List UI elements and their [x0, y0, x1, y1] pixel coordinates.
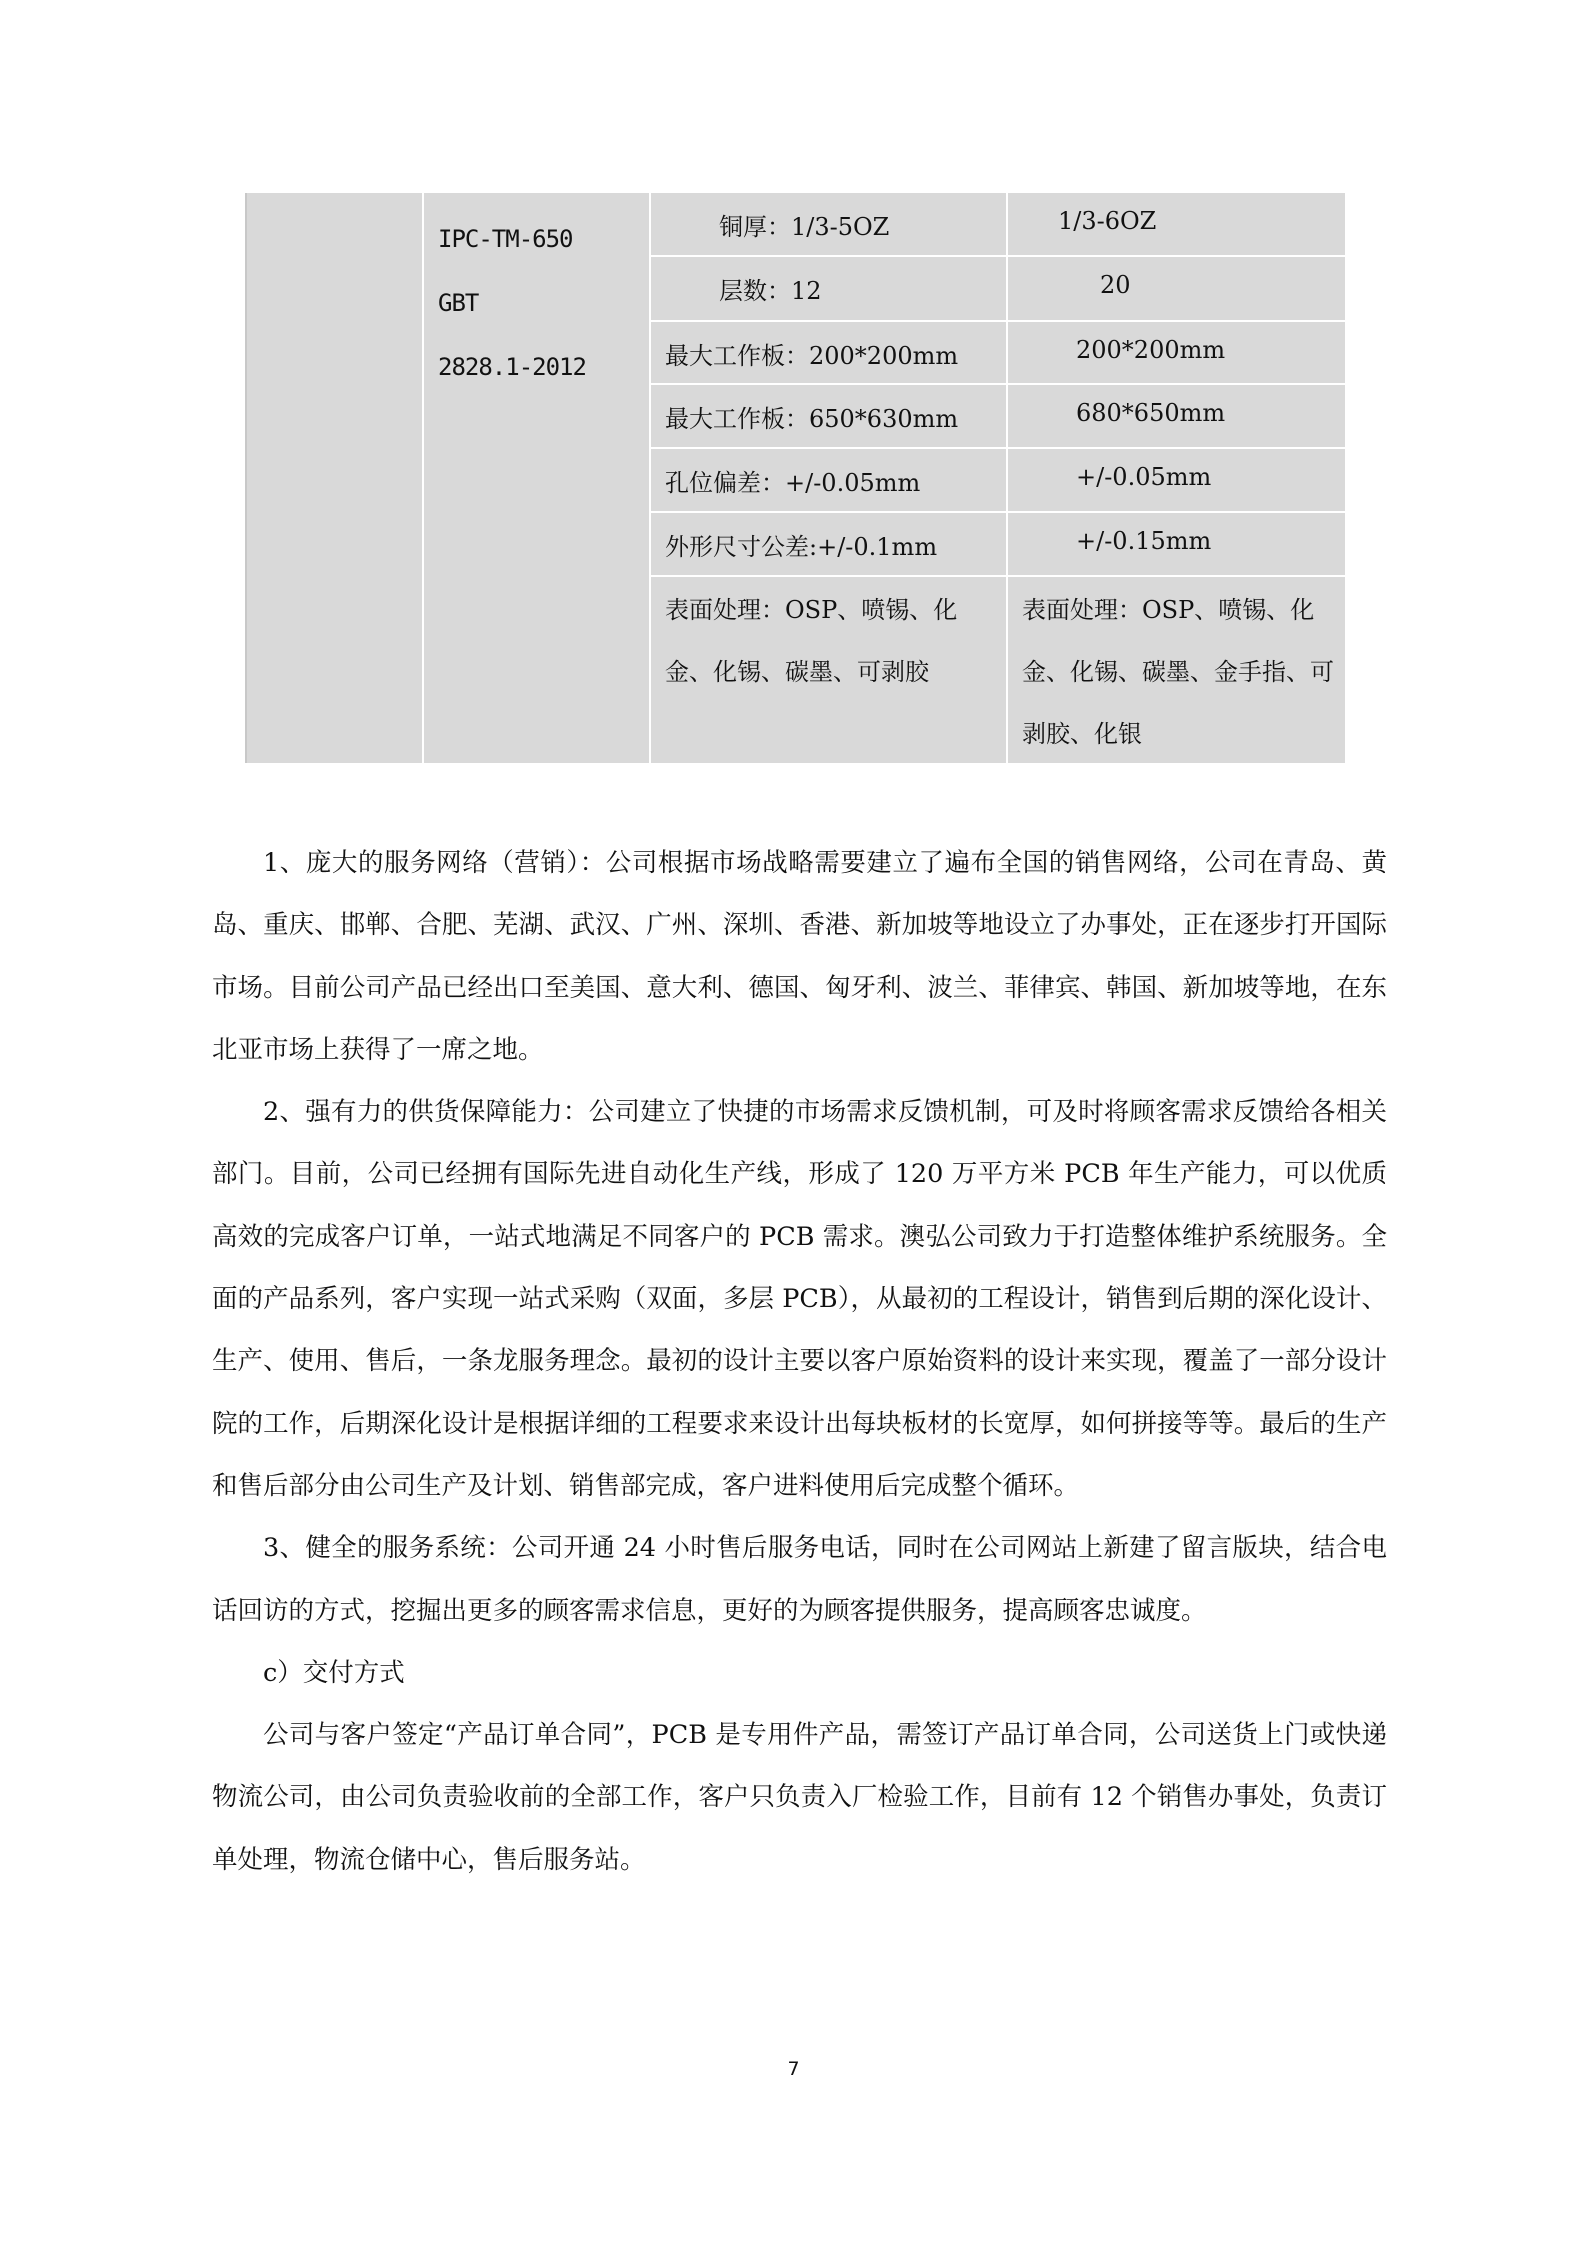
cell-text: 最大工作板：650*630mm — [665, 399, 958, 434]
paragraph-supply-capability: 2、强有力的供货保障能力：公司建立了快捷的市场需求反馈机制，可及时将顾客需求反馈… — [212, 1081, 1387, 1517]
spec-table: IPC-TM-650 GBT 2828.1-2012 铜厚：1/3-5OZ 层数… — [245, 193, 1345, 763]
cell-text: 1/3-6OZ — [1058, 207, 1156, 235]
document-page: IPC-TM-650 GBT 2828.1-2012 铜厚：1/3-5OZ 层数… — [0, 0, 1587, 2245]
cell-text: 680*650mm — [1076, 399, 1225, 427]
table-column-standards: IPC-TM-650 GBT 2828.1-2012 — [422, 193, 649, 763]
table-cell: +/-0.15mm — [1008, 511, 1347, 575]
table-column-target: 1/3-6OZ 20 200*200mm 680*650mm +/-0.05mm… — [1006, 193, 1347, 763]
standard-line: IPC-TM-650 — [438, 207, 586, 271]
table-cell: 孔位偏差：+/-0.05mm — [651, 447, 1006, 511]
cell-text: 20 — [1100, 271, 1131, 299]
table-cell: 层数：12 — [651, 255, 1006, 320]
table-cell: 1/3-6OZ — [1008, 193, 1347, 255]
cell-text: +/-0.05mm — [1076, 463, 1211, 491]
section-heading-delivery: c）交付方式 — [212, 1642, 1387, 1704]
cell-text: 铜厚：1/3-5OZ — [719, 207, 889, 242]
paragraph-delivery: 公司与客户签定“产品订单合同”，PCB 是专用件产品，需签订产品订单合同，公司送… — [212, 1704, 1387, 1891]
cell-text: 层数：12 — [719, 271, 822, 306]
table-cell: 200*200mm — [1008, 320, 1347, 383]
cell-text: 表面处理：OSP、喷锡、化金、化锡、碳墨、金手指、可剥胶、化银 — [1022, 579, 1337, 765]
body-text: 1、庞大的服务网络（营销）：公司根据市场战略需要建立了遍布全国的销售网络，公司在… — [212, 832, 1387, 1891]
table-cell: +/-0.05mm — [1008, 447, 1347, 511]
table-cell: 20 — [1008, 255, 1347, 320]
table-cell: 表面处理：OSP、喷锡、化金、化锡、碳墨、可剥胶 — [651, 575, 1006, 763]
table-cell: 表面处理：OSP、喷锡、化金、化锡、碳墨、金手指、可剥胶、化银 — [1008, 575, 1347, 763]
cell-text: 表面处理：OSP、喷锡、化金、化锡、碳墨、可剥胶 — [665, 579, 996, 703]
table-cell: 680*650mm — [1008, 383, 1347, 447]
cell-text: 200*200mm — [1076, 336, 1225, 364]
table-cell: 最大工作板：200*200mm — [651, 320, 1006, 383]
cell-text: 孔位偏差：+/-0.05mm — [665, 463, 920, 498]
table-cell: 最大工作板：650*630mm — [651, 383, 1006, 447]
table-cell: 铜厚：1/3-5OZ — [651, 193, 1006, 255]
page-number: 7 — [0, 2058, 1587, 2080]
cell-text: 外形尺寸公差:+/-0.1mm — [665, 527, 937, 562]
cell-text: +/-0.15mm — [1076, 527, 1211, 555]
standard-line: 2828.1-2012 — [438, 335, 586, 399]
standard-line: GBT — [438, 271, 586, 335]
cell-text: 最大工作板：200*200mm — [665, 336, 958, 371]
standards-list: IPC-TM-650 GBT 2828.1-2012 — [438, 207, 586, 399]
table-column-empty — [247, 193, 420, 763]
paragraph-service-network: 1、庞大的服务网络（营销）：公司根据市场战略需要建立了遍布全国的销售网络，公司在… — [212, 832, 1387, 1081]
table-column-current: 铜厚：1/3-5OZ 层数：12 最大工作板：200*200mm 最大工作板：6… — [649, 193, 1006, 763]
paragraph-service-system: 3、健全的服务系统：公司开通 24 小时售后服务电话，同时在公司网站上新建了留言… — [212, 1517, 1387, 1642]
table-cell: 外形尺寸公差:+/-0.1mm — [651, 511, 1006, 575]
